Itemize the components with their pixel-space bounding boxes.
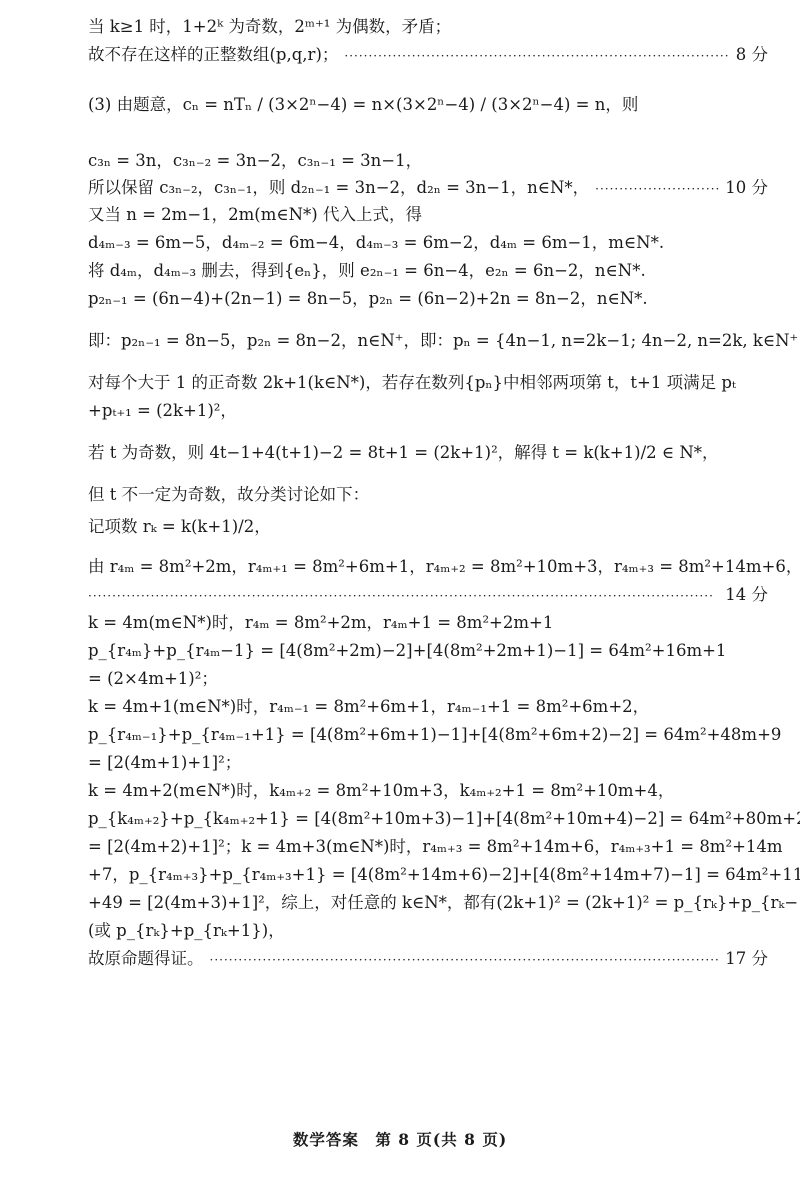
score-line: 所以保留 c₃ₙ₋₂，c₃ₙ₋₁，则 d₂ₙ₋₁ = 3n−2，d₂ₙ = 3n… (88, 177, 768, 200)
line-text: (3) 由题意，cₙ = nTₙ / (3×2ⁿ−4) = n×(3×2ⁿ−4)… (88, 94, 638, 116)
text-line: 将 d₄ₘ，d₄ₘ₋₃ 删去，得到{eₙ}，则 e₂ₙ₋₁ = 6n−4，e₂ₙ… (88, 260, 768, 282)
line-text: 故不存在这样的正整数组(p,q,r)； (88, 44, 338, 66)
text-line: p_{r₄ₘ₋₁}+p_{r₄ₘ₋₁+1} = [4(8m²+6m+1)−1]+… (88, 724, 768, 746)
text-line: c₃ₙ = 3n，c₃ₙ₋₂ = 3n−2，c₃ₙ₋₁ = 3n−1， (88, 150, 768, 172)
score-line: 即：p₂ₙ₋₁ = 8n−5，p₂ₙ = 8n−2，n∈N⁺，即：pₙ = {4… (88, 330, 768, 353)
line-text: 即：p₂ₙ₋₁ = 8n−5，p₂ₙ = 8n−2，n∈N⁺，即：pₙ = {4… (88, 330, 800, 352)
text-line: 由 r₄ₘ = 8m²+2m，r₄ₘ₊₁ = 8m²+6m+1，r₄ₘ₊₂ = … (88, 556, 768, 578)
text-line: +49 = [2(4m+3)+1]²，综上，对任意的 k∈N*，都有(2k+1)… (88, 892, 768, 914)
text-line: = [2(4m+1)+1]²； (88, 752, 768, 774)
text-line: d₄ₘ₋₃ = 6m−5，d₄ₘ₋₂ = 6m−4，d₄ₘ₋₃ = 6m−2，d… (88, 232, 768, 254)
line-text: k = 4m+2(m∈N*)时，k₄ₘ₊₂ = 8m²+10m+3，k₄ₘ₊₂+… (88, 780, 674, 802)
line-text: = [2(4m+2)+1]²；k = 4m+3(m∈N*)时，r₄ₘ₊₃ = 8… (88, 836, 783, 858)
text-line: (或 p_{rₖ}+p_{rₖ+1})， (88, 920, 768, 942)
line-text: +pₜ₊₁ = (2k+1)²， (88, 400, 237, 422)
line-text: 但 t 不一定为奇数，故分类讨论如下： (88, 484, 369, 506)
score-label: 17 分 (725, 948, 768, 970)
text-line: = (2×4m+1)²； (88, 668, 768, 690)
text-line: p₂ₙ₋₁ = (6n−4)+(2n−1) = 8n−5，p₂ₙ = (6n−2… (88, 288, 768, 310)
text-line: k = 4m+2(m∈N*)时，k₄ₘ₊₂ = 8m²+10m+3，k₄ₘ₊₂+… (88, 780, 768, 802)
line-text: 由 r₄ₘ = 8m²+2m，r₄ₘ₊₁ = 8m²+6m+1，r₄ₘ₊₂ = … (88, 556, 800, 578)
text-line: 对每个大于 1 的正奇数 2k+1(k∈N*)，若存在数列{pₙ}中相邻两项第 … (88, 372, 768, 394)
dot-leader: ········································… (88, 585, 719, 607)
dot-leader: ········································… (210, 949, 720, 971)
line-text: k = 4m+1(m∈N*)时，r₄ₘ₋₁ = 8m²+6m+1，r₄ₘ₋₁+1… (88, 696, 649, 718)
line-text: (或 p_{rₖ}+p_{rₖ+1})， (88, 920, 285, 942)
line-text: 对每个大于 1 的正奇数 2k+1(k∈N*)，若存在数列{pₙ}中相邻两项第 … (88, 372, 736, 394)
text-line: 但 t 不一定为奇数，故分类讨论如下： (88, 484, 768, 506)
line-text: k = 4m(m∈N*)时，r₄ₘ = 8m²+2m，r₄ₘ+1 = 8m²+2… (88, 612, 553, 634)
text-line: 又当 n = 2m−1，2m(m∈N*) 代入上式，得 (88, 204, 768, 226)
score-line: ········································… (88, 584, 768, 607)
text-line: 若 t 为奇数，则 4t−1+4(t+1)−2 = 8t+1 = (2k+1)²… (88, 442, 768, 464)
line-text: 当 k≥1 时，1+2ᵏ 为奇数，2ᵐ⁺¹ 为偶数，矛盾； (88, 16, 451, 38)
page-footer: 数学答案 第 8 页(共 8 页) (0, 1128, 800, 1150)
text-line: = [2(4m+2)+1]²；k = 4m+3(m∈N*)时，r₄ₘ₊₃ = 8… (88, 836, 768, 858)
text-line: (3) 由题意，cₙ = nTₙ / (3×2ⁿ−4) = n×(3×2ⁿ−4)… (88, 94, 768, 116)
text-line: 当 k≥1 时，1+2ᵏ 为奇数，2ᵐ⁺¹ 为偶数，矛盾； (88, 16, 768, 38)
line-text: d₄ₘ₋₃ = 6m−5，d₄ₘ₋₂ = 6m−4，d₄ₘ₋₃ = 6m−2，d… (88, 232, 664, 254)
line-text: +7，p_{r₄ₘ₊₃}+p_{r₄ₘ₊₃+1} = [4(8m²+14m+6)… (88, 864, 800, 886)
text-line: +7，p_{r₄ₘ₊₃}+p_{r₄ₘ₊₃+1} = [4(8m²+14m+6)… (88, 864, 768, 886)
line-text: 若 t 为奇数，则 4t−1+4(t+1)−2 = 8t+1 = (2k+1)²… (88, 442, 719, 464)
line-text: 故原命题得证。 (88, 948, 204, 970)
dot-leader: ········································… (595, 178, 719, 200)
dot-leader: ········································… (344, 45, 729, 67)
line-text: 所以保留 c₃ₙ₋₂，c₃ₙ₋₁，则 d₂ₙ₋₁ = 3n−2，d₂ₙ = 3n… (88, 177, 589, 199)
line-text: p₂ₙ₋₁ = (6n−4)+(2n−1) = 8n−5，p₂ₙ = (6n−2… (88, 288, 648, 310)
score-label: 10 分 (725, 177, 768, 199)
line-text: +49 = [2(4m+3)+1]²，综上，对任意的 k∈N*，都有(2k+1)… (88, 892, 800, 914)
text-line: +pₜ₊₁ = (2k+1)²， (88, 400, 768, 422)
line-text: p_{r₄ₘ}+p_{r₄ₘ−1} = [4(8m²+2m)−2]+[4(8m²… (88, 640, 726, 662)
text-line: p_{k₄ₘ₊₂}+p_{k₄ₘ₊₂+1} = [4(8m²+10m+3)−1]… (88, 808, 768, 830)
line-text: c₃ₙ = 3n，c₃ₙ₋₂ = 3n−2，c₃ₙ₋₁ = 3n−1， (88, 150, 422, 172)
text-line: k = 4m+1(m∈N*)时，r₄ₘ₋₁ = 8m²+6m+1，r₄ₘ₋₁+1… (88, 696, 768, 718)
score-line: 故原命题得证。 ································… (88, 948, 768, 971)
line-text: = [2(4m+1)+1]²； (88, 752, 241, 774)
text-line: p_{r₄ₘ}+p_{r₄ₘ−1} = [4(8m²+2m)−2]+[4(8m²… (88, 640, 768, 662)
line-text: 记项数 rₖ = k(k+1)/2， (88, 516, 271, 538)
text-line: 记项数 rₖ = k(k+1)/2， (88, 516, 768, 538)
line-text: 又当 n = 2m−1，2m(m∈N*) 代入上式，得 (88, 204, 422, 226)
line-text: p_{r₄ₘ₋₁}+p_{r₄ₘ₋₁+1} = [4(8m²+6m+1)−1]+… (88, 724, 781, 746)
line-text: p_{k₄ₘ₊₂}+p_{k₄ₘ₊₂+1} = [4(8m²+10m+3)−1]… (88, 808, 800, 830)
score-label: 14 分 (725, 584, 768, 606)
score-line: 故不存在这样的正整数组(p,q,r)； ····················… (88, 44, 768, 67)
line-text: 将 d₄ₘ，d₄ₘ₋₃ 删去，得到{eₙ}，则 e₂ₙ₋₁ = 6n−4，e₂ₙ… (88, 260, 646, 282)
text-line: k = 4m(m∈N*)时，r₄ₘ = 8m²+2m，r₄ₘ+1 = 8m²+2… (88, 612, 768, 634)
score-label: 8 分 (736, 44, 768, 66)
line-text: = (2×4m+1)²； (88, 668, 218, 690)
